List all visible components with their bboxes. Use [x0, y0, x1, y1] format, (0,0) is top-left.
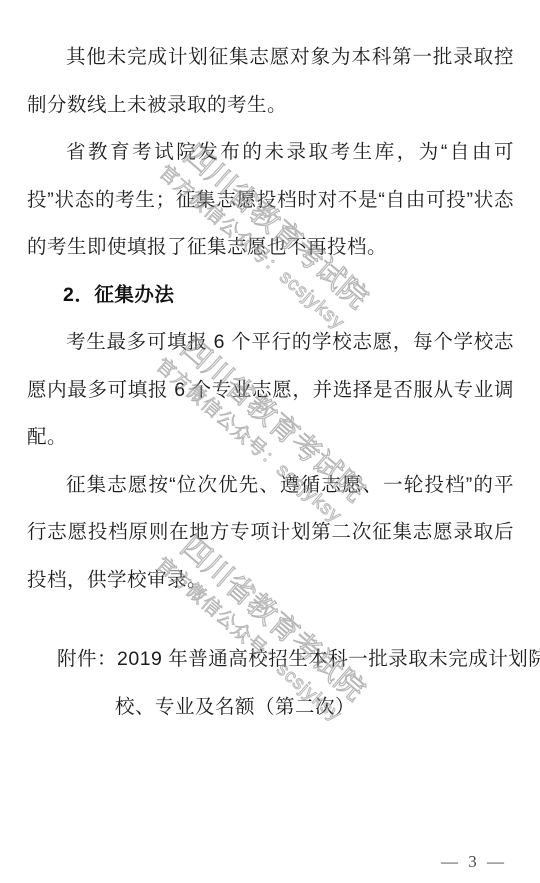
document-body: 其他未完成计划征集志愿对象为本科第一批录取控制分数线上未被录取的考生。 省教育考…: [27, 34, 514, 731]
attachment-block: 附件：2019 年普通高校招生本科一批录取未完成计划院 校、专业及名额（第二次）: [27, 636, 514, 731]
paragraph-volunteer-limits: 考生最多可填报 6 个平行的学校志愿，每个学校志愿内最多可填报 6 个专业志愿，…: [27, 319, 514, 462]
attachment-line-2: 校、专业及名额（第二次）: [27, 684, 514, 732]
attachment-line-1: 附件：2019 年普通高校招生本科一批录取未完成计划院: [27, 636, 514, 684]
paragraph-filing-principle: 征集志愿按“位次优先、遵循志愿、一轮投档”的平行志愿投档原则在地方专项计划第二次…: [27, 462, 514, 605]
document-page: 四川省教育考试院 官方微信公众号：scsjyksy 四川省教育考试院 官方微信公…: [0, 0, 540, 883]
paragraph-free-to-file-status: 省教育考试院发布的未录取考生库，为“自由可投”状态的考生；征集志愿投档时对不是“…: [27, 129, 514, 272]
section-heading-collection-method: 2．征集办法: [27, 272, 514, 320]
paragraph-eligibility-other: 其他未完成计划征集志愿对象为本科第一批录取控制分数线上未被录取的考生。: [27, 34, 514, 129]
page-number: — 3 —: [441, 852, 507, 872]
